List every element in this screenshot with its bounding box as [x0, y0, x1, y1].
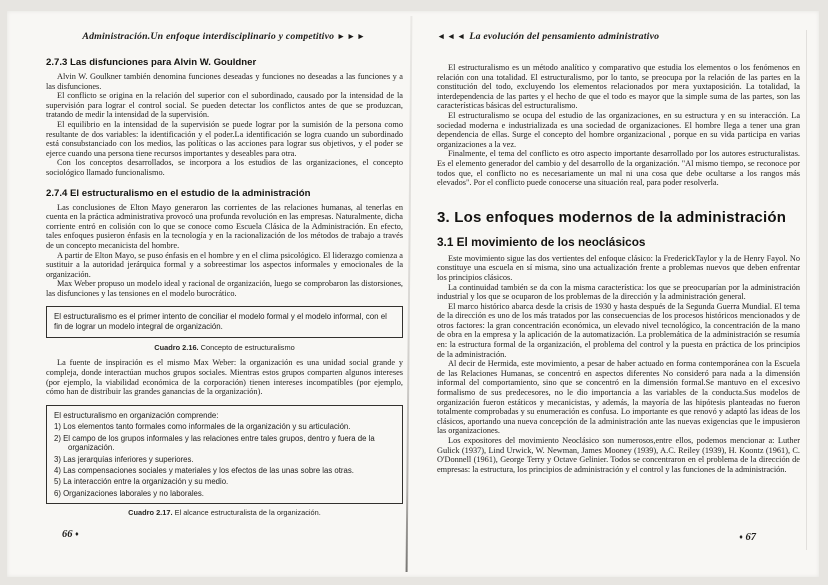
section-heading-2-7-4: 2.7.4 El estructuralismo en el estudio d… [46, 188, 403, 199]
paragraph: Los expositores del movimiento Neoclásic… [437, 436, 800, 474]
paragraph: Al decir de Hermida, este movimiento, a … [437, 359, 800, 436]
paragraph: Las conclusiones de Elton Mayo generaron… [46, 203, 403, 251]
cuadro-2-16-caption-text: Concepto de estructuralismo [199, 343, 295, 352]
paragraph: Este movimiento sigue las dos vertientes… [437, 254, 800, 283]
paragraph: El conflicto se origina en la relación d… [46, 91, 403, 120]
left-running-head-text: Administración.Un enfoque interdisciplin… [82, 31, 334, 42]
right-running-head: ◄◄◄ La evolución del pensamiento adminis… [437, 30, 800, 43]
cuadro-2-17-caption-text: El alcance estructuralista de la organiz… [173, 508, 321, 517]
left-page: Administración.Un enfoque interdisciplin… [46, 0, 403, 585]
paragraph: Finalmente, el tema del conflicto es otr… [437, 149, 800, 187]
diamond-marker-icon: ♦ [739, 533, 743, 541]
list-item: 4) Las compensaciones sociales y materia… [54, 466, 395, 475]
list-item: 1) Los elementos tanto formales como inf… [54, 422, 395, 431]
cuadro-2-16-caption: Cuadro 2.16. Concepto de estructuralismo [46, 343, 403, 352]
paragraph: La continuidad también se da con la mism… [437, 283, 800, 302]
forward-arrows-icon: ►►► [337, 31, 367, 41]
list-item: 2) El campo de los grupos informales y l… [54, 434, 395, 453]
paragraph: Max Weber propuso un modelo ideal y raci… [46, 279, 403, 298]
cuadro-2-17-caption: Cuadro 2.17. El alcance estructuralista … [46, 508, 403, 517]
paragraph: Con los conceptos desarrollados, se inco… [46, 158, 403, 177]
list-item: 3) Las jerarquías inferiores y superiore… [54, 455, 395, 464]
paragraph: Alvin W. Goulkner también denomina funci… [46, 72, 403, 91]
chapter-heading-3: 3. Los enfoques modernos de la administr… [437, 209, 800, 226]
cuadro-2-16-text: El estructuralismo es el primer intento … [54, 312, 395, 332]
paragraph: La fuente de inspiración es el mismo Max… [46, 358, 403, 396]
paragraph: El estructuralismo se ocupa del estudio … [437, 111, 800, 149]
left-running-head: Administración.Un enfoque interdisciplin… [46, 30, 403, 43]
list-item: 5) La interacción entre la organización … [54, 477, 395, 486]
section-heading-2-7-3: 2.7.3 Las disfunciones para Alvin W. Gou… [46, 57, 403, 68]
back-arrows-icon: ◄◄◄ [437, 31, 467, 41]
paragraph: El equilibrio en la intensidad de la sup… [46, 120, 403, 158]
cuadro-2-17-box: El estructuralismo en organización compr… [46, 405, 403, 504]
left-page-number-value: 66 [62, 529, 73, 540]
paragraph: El marco histórico abarca desde la crisi… [437, 302, 800, 360]
left-page-number: 66 ♦ [62, 529, 79, 540]
paragraph: A partir de Elton Mayo, se puso énfasis … [46, 251, 403, 280]
right-page-number-value: 67 [746, 532, 757, 543]
diamond-marker-icon: ♦ [75, 530, 79, 538]
list-item: 6) Organizaciones laborales y no laboral… [54, 489, 395, 498]
cuadro-2-16-caption-label: Cuadro 2.16. [154, 343, 198, 352]
paragraph: El estructuralismo es un método analític… [437, 63, 800, 111]
right-page: ◄◄◄ La evolución del pensamiento adminis… [437, 0, 800, 585]
cuadro-2-17-caption-label: Cuadro 2.17. [128, 508, 172, 517]
right-page-number: ♦ 67 [739, 532, 756, 543]
page-edge-line [806, 30, 807, 550]
cuadro-2-16-box: El estructuralismo es el primer intento … [46, 306, 403, 338]
cuadro-2-17-intro: El estructuralismo en organización compr… [54, 411, 395, 421]
right-running-head-text: La evolución del pensamiento administrat… [469, 31, 659, 42]
section-heading-3-1: 3.1 El movimiento de los neoclásicos [437, 236, 800, 249]
